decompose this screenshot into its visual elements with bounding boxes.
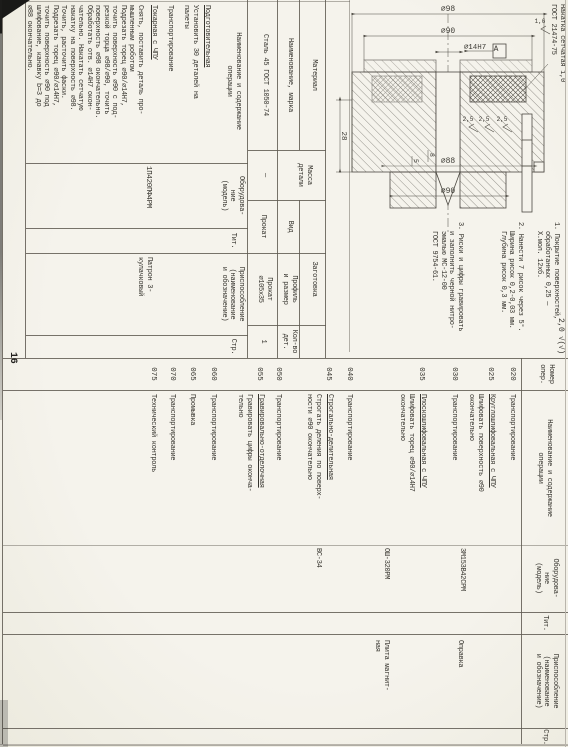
op-number: 035 <box>417 360 426 388</box>
right-header-fixture: Приспособление (наименование и обозначен… <box>534 636 560 726</box>
op-fixture: Плита магнит- ная <box>373 640 390 726</box>
op-turning-text: Снять, поставить деталь про- мышленным р… <box>25 5 144 162</box>
right-header-op-name: Наименование и содержание операции <box>536 392 553 544</box>
op-number: 060 <box>209 360 218 388</box>
knurl-note: Накатка сетчатая 1,0 ГОСТ 21474-75 <box>549 4 566 114</box>
op-text: Транспортирование <box>450 394 459 544</box>
op-text: Транспортирование <box>209 394 218 544</box>
right-header-page: Стр. <box>541 729 550 745</box>
dim-d90-left: ⌀90 <box>441 27 456 36</box>
op-number: 075 <box>149 360 158 388</box>
value-qty: 1 <box>259 325 268 358</box>
header-profile-size: Профиль и размер <box>281 253 298 325</box>
roughness-25a: 2,5 <box>497 116 508 123</box>
scanned-route-card: ⌀98 ⌀90 ⌀14Н7 ⌀88 ⌀90 28 8 5 А 2,5 2,5 2… <box>0 0 568 747</box>
dim-8: 8 <box>428 153 435 157</box>
op-text: Транспортирование <box>274 394 283 544</box>
value-material-grade: Сталь 45 ГОСТ 1050-74 <box>261 0 270 150</box>
op-number: 020 <box>508 360 517 388</box>
op-turning-name: Токарная с ЧПУ <box>150 5 159 161</box>
right-header-tit: Тит. <box>541 613 550 633</box>
header-material: Материал <box>310 0 319 150</box>
op-text: Технический контроль <box>149 394 158 544</box>
scan-left-edge-artifact <box>0 0 2 420</box>
op-number: 030 <box>450 360 459 388</box>
scan-right-edge-line <box>565 0 566 747</box>
header-name-grade: Наименование, марка <box>286 0 295 150</box>
op-text: Шлифовать торец ⌀90/⌀14Н7 окончательно <box>398 394 415 544</box>
scan-smudge-artifact <box>0 700 8 747</box>
op-text: Строгать деления по поверх- ности ⌀90 ок… <box>305 394 322 544</box>
scan-bottom-edge-line <box>0 744 568 745</box>
op-text: Промывка <box>188 394 197 544</box>
op-transport-text: Транспортирование <box>166 5 175 161</box>
value-blank-kind: Прокат <box>259 200 268 253</box>
op-text: Гравировать цифры оконча- тельно <box>236 394 253 544</box>
op-number: 050 <box>274 360 283 388</box>
drawing-note-2: 2. Нанести 7 рисок через 5°. Ширина рисо… <box>499 222 525 365</box>
op-number: 070 <box>168 360 177 388</box>
drawing-note-1: 1. Покрытие поверхностей, обработанных 0… <box>535 222 561 365</box>
op-number: 055 <box>255 360 264 388</box>
op-number: 065 <box>188 360 197 388</box>
value-profile-size: Прокат ⌀105х35 <box>256 253 273 325</box>
drawing-note-3: 3. Риски и цифры гравировать и заполнить… <box>430 222 464 365</box>
op-text: Транспортирование <box>168 394 177 544</box>
op-name: Круглошлифовальная с ЧПУ <box>488 394 497 544</box>
op-name: Строгально-делительная <box>326 394 335 544</box>
dim-d98: ⌀98 <box>441 5 456 14</box>
op-equipment: ВС-34 <box>314 548 323 610</box>
left-header-equipment: Оборудова- ние (модель) <box>220 165 246 226</box>
op-equipment: 3М153В42СРМ <box>458 548 467 610</box>
op-number: 045 <box>324 360 333 388</box>
op-text: Транспортирование <box>508 394 517 544</box>
op-number: 040 <box>345 360 354 388</box>
op-equipment: ОШ-320РМ <box>382 548 391 610</box>
dim-28: 28 <box>339 131 347 140</box>
knurl-band <box>470 76 526 102</box>
datum-a-label: А <box>494 45 499 54</box>
sheet-number: 16 <box>8 352 17 376</box>
op-turning-equipment: 1П420ПФ4РМ <box>144 166 153 226</box>
op-prep-text: Установить 30 деталей на палеты <box>182 5 199 161</box>
left-header-fixture: Приспособление (наименование и обозначен… <box>220 255 246 333</box>
left-header-op-name: Наименование и содержание операции <box>225 2 242 160</box>
op-text: Транспортирование <box>345 394 354 544</box>
left-header-tit: Тит. <box>229 229 238 252</box>
dim-d14h7: ⌀14Н7 <box>464 44 487 52</box>
op-turning-fixture: Патрон 3- кулачковый <box>136 257 153 333</box>
op-name: Гравировально-отделочная <box>257 394 266 544</box>
route-card-document: ⌀98 ⌀90 ⌀14Н7 ⌀88 ⌀90 28 8 5 А 2,5 2,5 2… <box>0 0 568 747</box>
dim-d90-right: ⌀90 <box>441 187 456 196</box>
header-blank: Заготовка <box>310 200 319 358</box>
right-header-op-number: Номер опер. <box>538 359 555 389</box>
right-header-equipment: Оборудова- ние (модель) <box>534 546 560 610</box>
op-text: Шлифовать поверхность ⌀90 окончательно <box>467 394 484 544</box>
roughness-16: 1,6 <box>535 18 546 25</box>
header-mass: Масса детали <box>296 150 313 200</box>
header-kind: Вид <box>286 200 295 253</box>
header-qty: Кол-во дет. <box>281 325 298 358</box>
op-fixture: Оправка <box>456 640 465 726</box>
dim-5: 5 <box>412 159 419 163</box>
left-header-page: Стр. <box>229 336 238 357</box>
op-number: 025 <box>486 360 495 388</box>
dim-d88: ⌀88 <box>441 157 456 166</box>
op-prep-name: Подготовительная <box>203 5 212 161</box>
roughness-25c: 2,5 <box>463 116 474 123</box>
roughness-25b: 2,5 <box>479 116 490 123</box>
value-mass: — <box>261 150 270 200</box>
op-name: Плоскошлифовальная с ЧПУ <box>419 394 428 544</box>
